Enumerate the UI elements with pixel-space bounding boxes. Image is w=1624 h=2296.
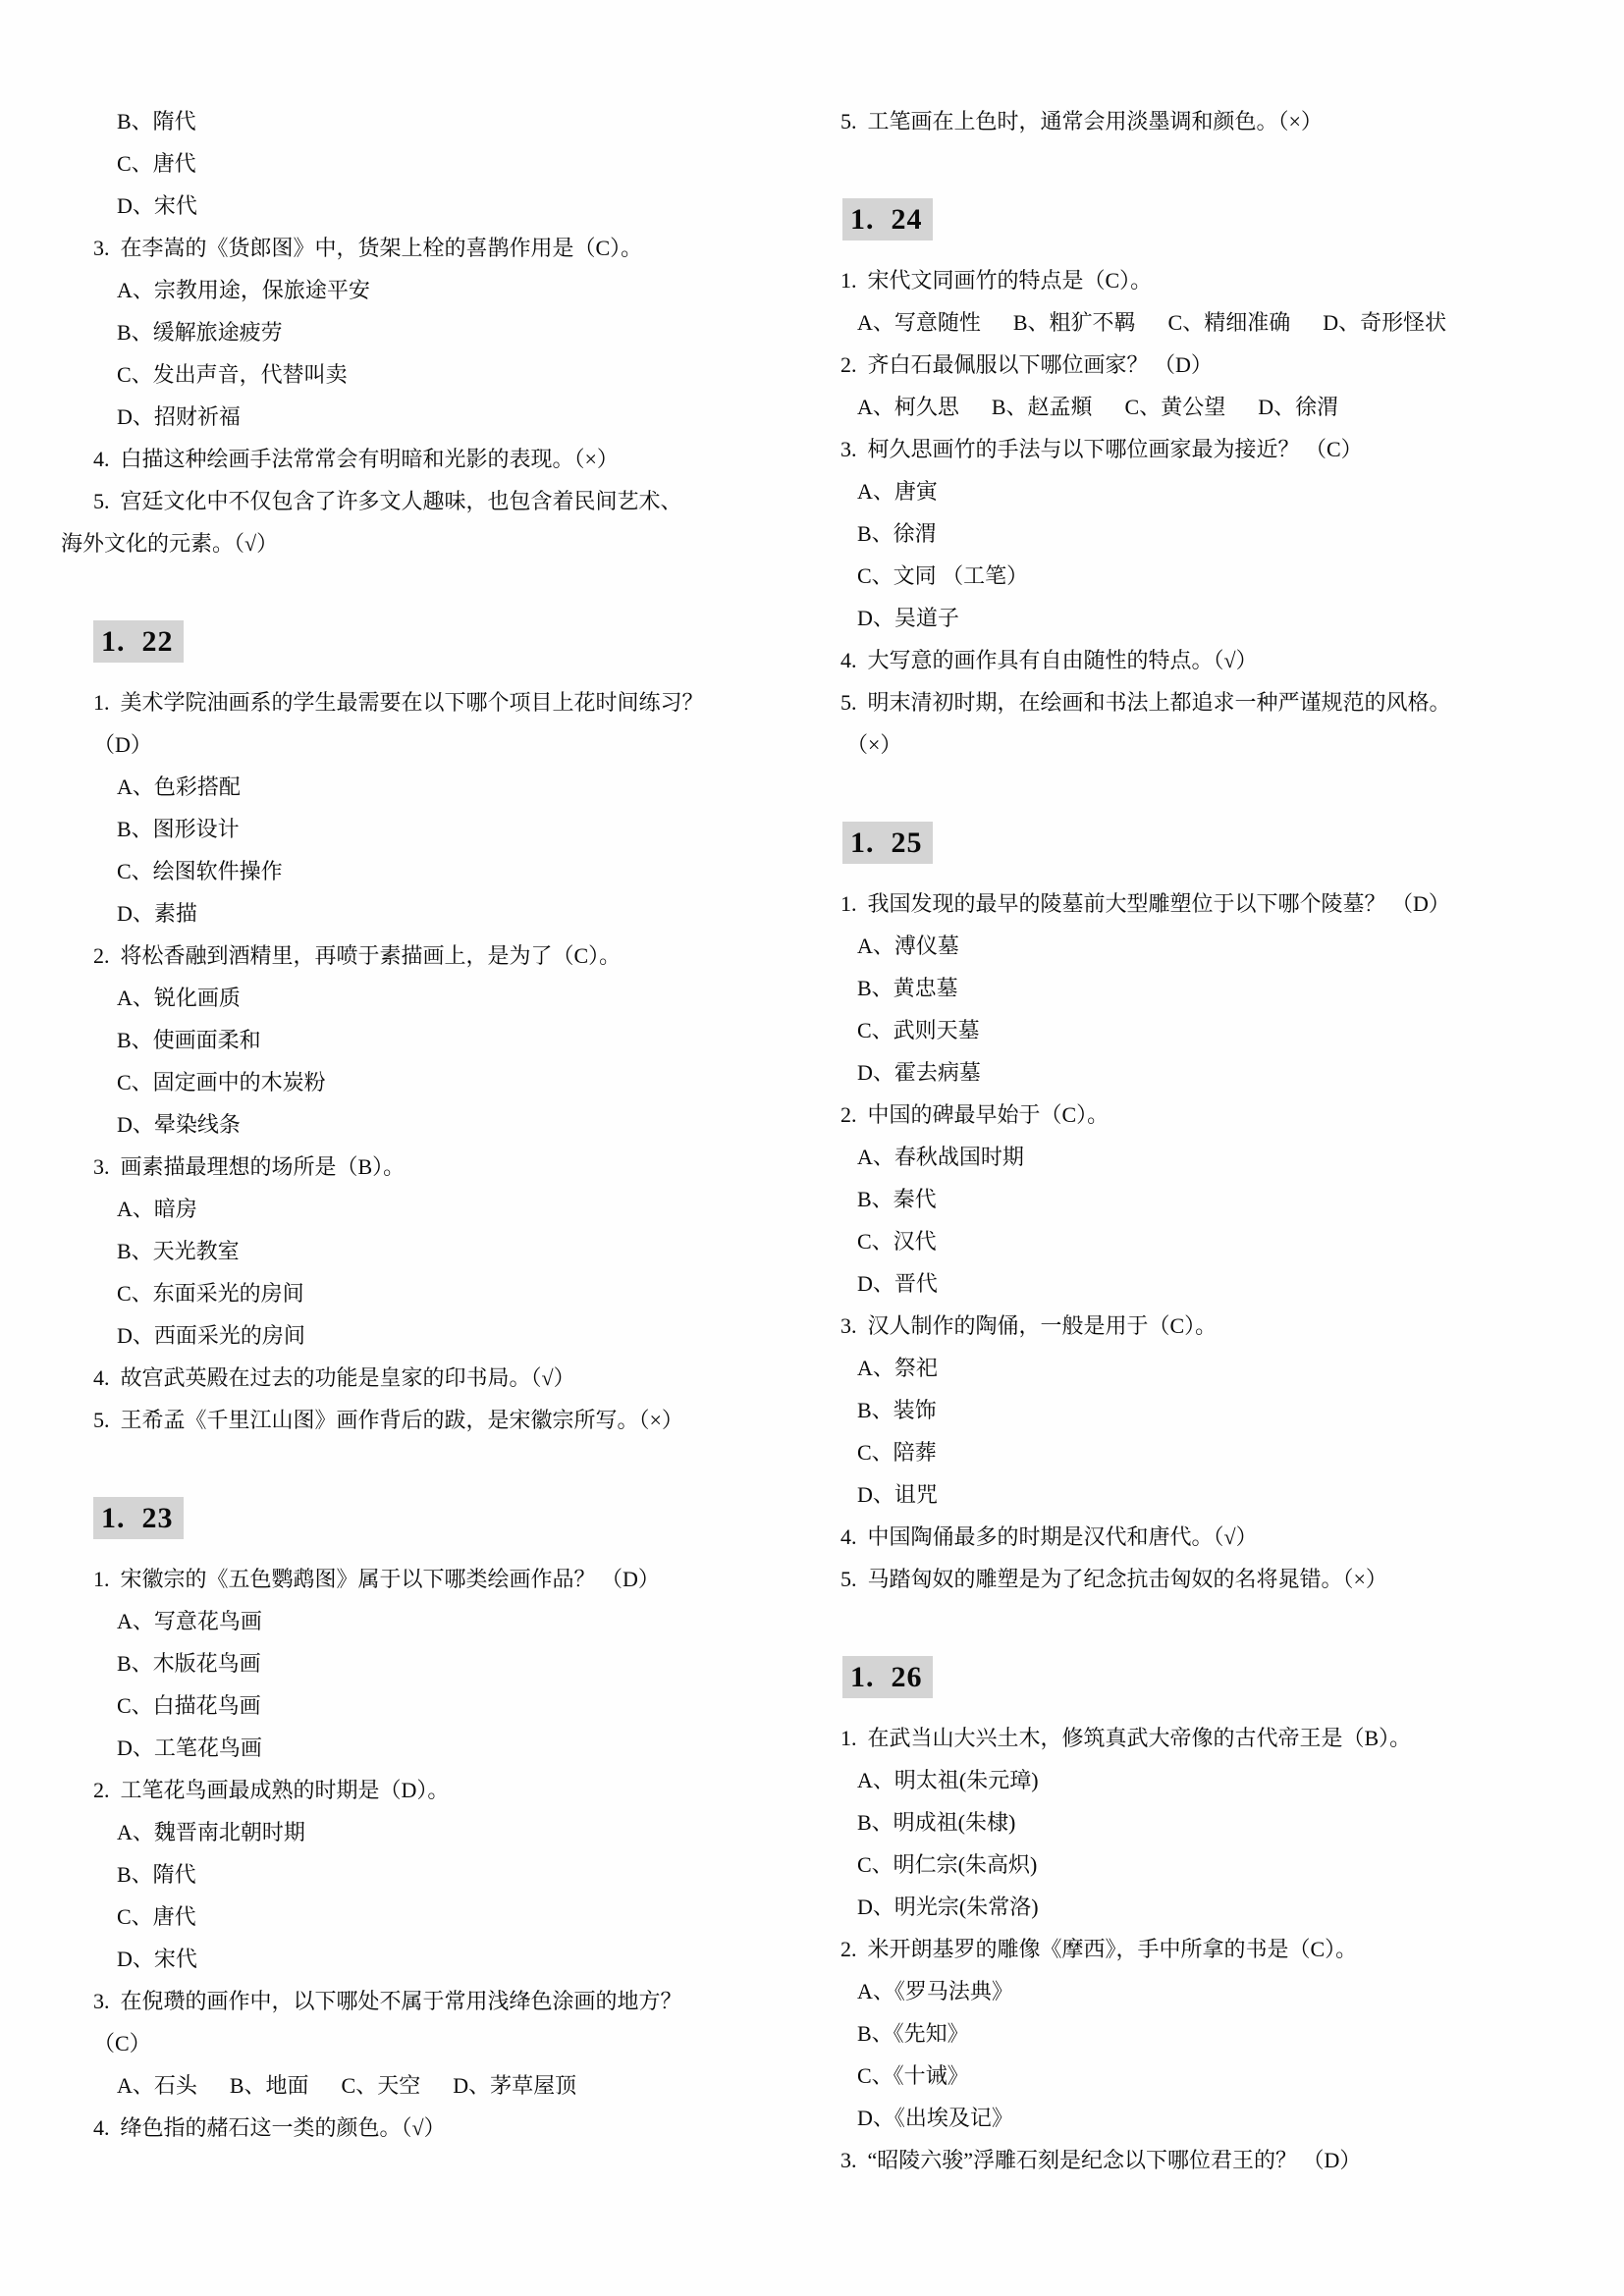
option-line: D、明光宗(朱常洛) (840, 1886, 1620, 1928)
question-line: 1. 宋代文同画竹的特点是（C）。 (840, 259, 1620, 301)
question-line: 3. “昭陵六骏”浮雕石刻是纪念以下哪位君王的？ （D） (840, 2139, 1620, 2181)
option-line: D、晕染线条 (61, 1103, 839, 1146)
option-line: B、图形设计 (61, 808, 839, 850)
section-heading-label: 1. 22 (93, 620, 184, 663)
option-line: C、绘图软件操作 (61, 850, 839, 892)
section-heading: 1. 25 (840, 822, 1620, 864)
option-line: A、锐化画质 (61, 977, 839, 1019)
option-line: C、发出声音，代替叫卖 (61, 353, 839, 396)
option-line: C、白描花鸟画 (61, 1684, 839, 1727)
continuation-line: （×） (840, 723, 1620, 766)
option-line: B、明成祖(朱棣) (840, 1801, 1620, 1843)
question-line: 5. 宫廷文化中不仅包含了许多文人趣味，也包含着民间艺术、 (61, 480, 839, 522)
question-line: 4. 中国陶俑最多的时期是汉代和唐代。（√） (840, 1516, 1620, 1558)
option-line: D、素描 (61, 892, 839, 934)
question-line: 3. 画素描最理想的场所是（B）。 (61, 1146, 839, 1188)
option-line: D、宋代 (61, 1938, 839, 1980)
question-line: 2. 将松香融到酒精里，再喷于素描画上，是为了（C）。 (61, 934, 839, 977)
question-line: 5. 马踏匈奴的雕塑是为了纪念抗击匈奴的名将晁错。（×） (840, 1558, 1620, 1600)
option-line: C、文同 （工笔） (840, 555, 1620, 597)
option-line: A、唐寅 (840, 470, 1620, 512)
option-line: C、陪葬 (840, 1431, 1620, 1473)
question-line: 3. 在倪瓒的画作中，以下哪处不属于常用浅绛色涂画的地方？ (61, 1980, 839, 2022)
option-line: D、霍去病墓 (840, 1051, 1620, 1094)
question-line: 2. 工笔花鸟画最成熟的时期是（D）。 (61, 1769, 839, 1811)
question-line: 3. 汉人制作的陶俑，一般是用于（C）。 (840, 1305, 1620, 1347)
option-line: A、暗房 (61, 1188, 839, 1230)
option-line: D、诅咒 (840, 1473, 1620, 1516)
option-line: D、《出埃及记》 (840, 2097, 1620, 2139)
option-line: A、明太祖(朱元璋) (840, 1759, 1620, 1801)
option-line: B、木版花鸟画 (61, 1642, 839, 1684)
question-line: （D） (61, 723, 839, 766)
option-line: C、唐代 (61, 142, 839, 185)
option-line: A、写意花鸟画 (61, 1600, 839, 1642)
question-line: 1. 我国发现的最早的陵墓前大型雕塑位于以下哪个陵墓？ （D） (840, 882, 1620, 925)
question-line: 3. 在李嵩的《货郎图》中，货架上栓的喜鹊作用是（C）。 (61, 227, 839, 269)
option-line: D、宋代 (61, 185, 839, 227)
option-line: A、石头 B、地面 C、天空 D、茅草屋顶 (61, 2064, 839, 2107)
option-line: B、隋代 (61, 1853, 839, 1896)
question-line: 3. 柯久思画竹的手法与以下哪位画家最为接近？ （C） (840, 428, 1620, 470)
option-line: A、柯久思 B、赵孟頫 C、黄公望 D、徐渭 (840, 386, 1620, 428)
option-line: A、祭祀 (840, 1347, 1620, 1389)
question-line: 4. 白描这种绘画手法常常会有明暗和光影的表现。（×） (61, 438, 839, 480)
left-column: B、隋代C、唐代D、宋代3. 在李嵩的《货郎图》中，货架上栓的喜鹊作用是（C）。… (61, 100, 839, 2149)
continuation-line: 海外文化的元素。（√） (61, 522, 839, 564)
option-line: C、武则天墓 (840, 1009, 1620, 1051)
option-line: B、装饰 (840, 1389, 1620, 1431)
question-line: 1. 宋徽宗的《五色鹦鹉图》属于以下哪类绘画作品？ （D） (61, 1558, 839, 1600)
option-line: A、《罗马法典》 (840, 1970, 1620, 2012)
section-heading: 1. 24 (840, 198, 1620, 240)
option-line: A、春秋战国时期 (840, 1136, 1620, 1178)
option-line: B、缓解旅途疲劳 (61, 311, 839, 353)
question-line: 5. 工笔画在上色时，通常会用淡墨调和颜色。（×） (840, 100, 1620, 142)
option-line: B、使画面柔和 (61, 1019, 839, 1061)
question-line: 4. 绛色指的赭石这一类的颜色。（√） (61, 2107, 839, 2149)
option-line: B、隋代 (61, 100, 839, 142)
question-line: 5. 王希孟《千里江山图》画作背后的跋，是宋徽宗所写。（×） (61, 1399, 839, 1441)
option-line: B、徐渭 (840, 512, 1620, 555)
option-line: C、明仁宗(朱高炽) (840, 1843, 1620, 1886)
option-line: D、工笔花鸟画 (61, 1727, 839, 1769)
option-line: B、《先知》 (840, 2012, 1620, 2055)
section-heading: 1. 22 (61, 620, 839, 663)
option-line: C、汉代 (840, 1220, 1620, 1262)
option-line: C、唐代 (61, 1896, 839, 1938)
section-heading-label: 1. 25 (842, 822, 933, 864)
option-line: A、宗教用途，保旅途平安 (61, 269, 839, 311)
option-line: A、色彩搭配 (61, 766, 839, 808)
option-line: C、《十诫》 (840, 2055, 1620, 2097)
section-heading-label: 1. 23 (93, 1497, 184, 1539)
option-line: B、黄忠墓 (840, 967, 1620, 1009)
question-line: 2. 中国的碑最早始于（C）。 (840, 1094, 1620, 1136)
option-line: A、写意随性 B、粗犷不羁 C、精细准确 D、奇形怪状 (840, 301, 1620, 344)
section-heading-label: 1. 26 (842, 1656, 933, 1698)
question-line: 2. 齐白石最佩服以下哪位画家？ （D） (840, 344, 1620, 386)
option-line: B、秦代 (840, 1178, 1620, 1220)
right-column: 5. 工笔画在上色时，通常会用淡墨调和颜色。（×）1. 241. 宋代文同画竹的… (840, 100, 1620, 2181)
section-heading: 1. 23 (61, 1497, 839, 1539)
question-line: 1. 在武当山大兴土木，修筑真武大帝像的古代帝王是（B）。 (840, 1717, 1620, 1759)
option-line: B、天光教室 (61, 1230, 839, 1272)
option-line: A、魏晋南北朝时期 (61, 1811, 839, 1853)
question-line: 1. 美术学院油画系的学生最需要在以下哪个项目上花时间练习？ (61, 681, 839, 723)
question-line: （C） (61, 2022, 839, 2064)
option-line: A、溥仪墓 (840, 925, 1620, 967)
question-line: 2. 米开朗基罗的雕像《摩西》，手中所拿的书是（C）。 (840, 1928, 1620, 1970)
section-heading-label: 1. 24 (842, 198, 933, 240)
question-line: 4. 大写意的画作具有自由随性的特点。（√） (840, 639, 1620, 681)
question-line: 4. 故宫武英殿在过去的功能是皇家的印书局。（√） (61, 1357, 839, 1399)
option-line: D、招财祈福 (61, 396, 839, 438)
document-page: B、隋代C、唐代D、宋代3. 在李嵩的《货郎图》中，货架上栓的喜鹊作用是（C）。… (0, 0, 1624, 2296)
option-line: D、晋代 (840, 1262, 1620, 1305)
question-line: 5. 明末清初时期，在绘画和书法上都追求一种严谨规范的风格。 (840, 681, 1620, 723)
option-line: D、西面采光的房间 (61, 1314, 839, 1357)
option-line: C、固定画中的木炭粉 (61, 1061, 839, 1103)
section-heading: 1. 26 (840, 1656, 1620, 1698)
option-line: D、吴道子 (840, 597, 1620, 639)
option-line: C、东面采光的房间 (61, 1272, 839, 1314)
